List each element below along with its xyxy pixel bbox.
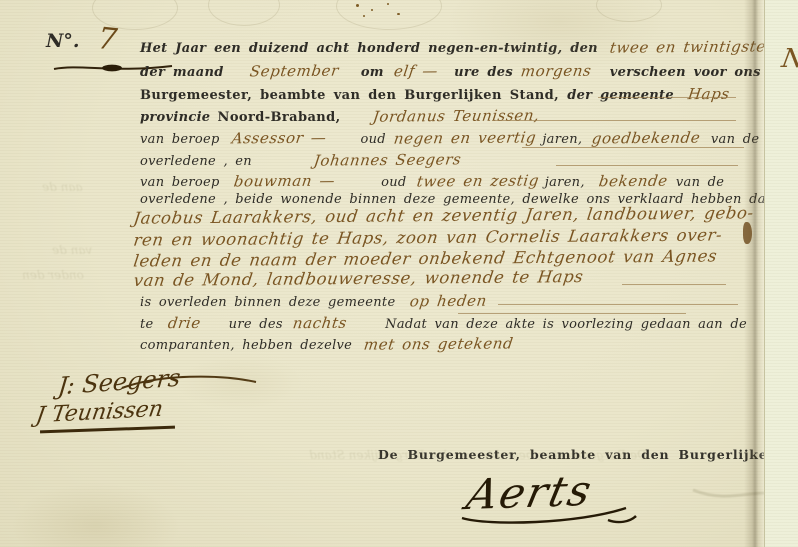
printed-text: jaren, <box>545 175 585 190</box>
printed-text: te <box>140 317 154 332</box>
handwritten-entry: twee en zestig <box>415 171 540 190</box>
form-line-13: is overleden binnen deze gemeente op hed… <box>140 292 752 310</box>
printed-text: oud <box>360 132 385 147</box>
form-line-9: Jacobus Laarakkers, oud acht en zeventig… <box>134 206 753 225</box>
printed-text: overledene , en <box>140 154 252 169</box>
bleedthrough-text: aan de <box>42 180 83 194</box>
filler-rule <box>556 165 738 166</box>
form-line-5: van beroep Assessor — oud negen en veert… <box>140 129 752 147</box>
ink-speck <box>371 9 373 11</box>
handwritten-entry: van de Mond, landbouweresse, wonende te … <box>132 267 584 290</box>
form-line-6: overledene , en Johannes Seegers <box>140 151 752 169</box>
witness-signature-teunissen: ​J Teunissen <box>34 397 165 429</box>
scanned-death-record-page: N°. 7 aan de van de onder den Het Jaar e… <box>0 0 798 547</box>
handwritten-entry: drie <box>166 314 201 332</box>
form-line-2: der maand September om elf — ure des mor… <box>140 62 752 80</box>
record-number-label: N°. <box>46 30 79 52</box>
signature-flourish <box>120 372 260 394</box>
ink-speck <box>387 3 389 5</box>
form-line-15: comparanten, hebben dezelve met ons gete… <box>140 335 752 353</box>
printed-text: Burgemeester, beambte van den Burgerlijk… <box>140 88 559 103</box>
handwritten-entry: goedbekende <box>591 129 702 148</box>
handwritten-entry: elf — <box>393 62 439 80</box>
emboss-oval <box>208 0 280 26</box>
bleedthrough-text: van de <box>52 243 92 257</box>
filler-rule <box>492 120 736 121</box>
form-line-4: provincie Noord-Braband, Jordanus Teunis… <box>140 107 752 125</box>
form-line-12: van de Mond, landbouweresse, wonende te … <box>134 269 583 288</box>
ink-speck <box>397 13 400 15</box>
printed-text: jaren, <box>542 132 582 147</box>
printed-text: der maand <box>140 65 224 80</box>
printed-text: Het Jaar een duizend acht honderd negen-… <box>140 41 598 56</box>
filler-rule <box>622 284 726 285</box>
form-line-11: leden en de naam der moeder onbekend Ech… <box>134 249 717 268</box>
printed-text: van beroep <box>140 175 220 190</box>
handwritten-entry: op heden <box>408 292 487 311</box>
signature-text: J Teunissen <box>34 397 165 429</box>
printed-text: van beroep <box>140 132 220 147</box>
filler-rule <box>498 304 738 305</box>
ink-speck <box>363 15 365 17</box>
handwritten-entry: Haps <box>687 85 731 103</box>
printed-text: Nadat van deze akte is voorlezing gedaan… <box>385 317 747 332</box>
printed-text: van de <box>676 175 724 190</box>
filler-rule <box>522 147 744 148</box>
printed-text: ure des <box>454 65 513 80</box>
handwritten-entry: bekende <box>598 172 669 191</box>
form-line-1: Het Jaar een duizend acht honderd negen-… <box>140 38 752 56</box>
handwritten-entry: Johannes Seegers <box>313 150 463 169</box>
printed-text: comparanten, hebben dezelve <box>140 338 352 353</box>
handwritten-entry: negen en veertig <box>393 128 538 147</box>
ink-blot <box>743 222 752 244</box>
handwritten-entry: morgens <box>520 62 593 81</box>
bleedthrough-text: De Burgemeester, beambte van den Burgerl… <box>195 448 761 462</box>
adjacent-page-edge <box>764 0 798 547</box>
handwritten-entry: leden en de naam der moeder onbekend Ech… <box>132 246 718 270</box>
handwritten-entry: ren en woonachtig te Haps, zoon van Corn… <box>132 225 723 249</box>
filler-rule <box>458 313 686 314</box>
printed-text: verscheen voor ons <box>610 65 761 80</box>
signature-flourish <box>458 498 658 526</box>
form-line-14: te drie ure des nachts Nadat van deze ak… <box>140 314 752 332</box>
printed-text: ure des <box>229 317 283 332</box>
printed-text: oud <box>381 175 406 190</box>
printed-text: provincie <box>140 110 210 125</box>
form-line-7: van beroep bouwman — oud twee en zestig … <box>140 172 752 190</box>
handwritten-entry: Jordanus Teunissen, <box>371 106 540 125</box>
record-number-value: 7 <box>96 21 119 58</box>
printed-text: der gemeente <box>567 88 674 103</box>
ink-speck <box>356 4 359 7</box>
printed-text: Noord-Braband, <box>218 110 341 125</box>
printed-text: om <box>361 65 384 80</box>
handwritten-entry: nachts <box>292 314 348 332</box>
page-fold <box>744 0 764 547</box>
filler-rule <box>598 97 736 98</box>
handwritten-entry: Jacobus Laarakkers, oud acht en zeventig… <box>132 203 755 227</box>
printed-text: is overleden binnen deze gemeente <box>140 295 395 310</box>
handwritten-entry: Assessor — <box>231 129 328 148</box>
emboss-oval <box>596 0 662 22</box>
bleedthrough-text: onder den <box>22 268 84 282</box>
handwritten-entry: bouwman — <box>233 172 337 191</box>
handwritten-entry: met ons getekend <box>363 334 515 353</box>
form-line-3: Burgemeester, beambte van den Burgerlijk… <box>140 85 752 103</box>
handwritten-entry: September <box>248 62 339 81</box>
emboss-oval <box>336 0 442 30</box>
form-line-10: ren en woonachtig te Haps, zoon van Corn… <box>134 228 722 247</box>
